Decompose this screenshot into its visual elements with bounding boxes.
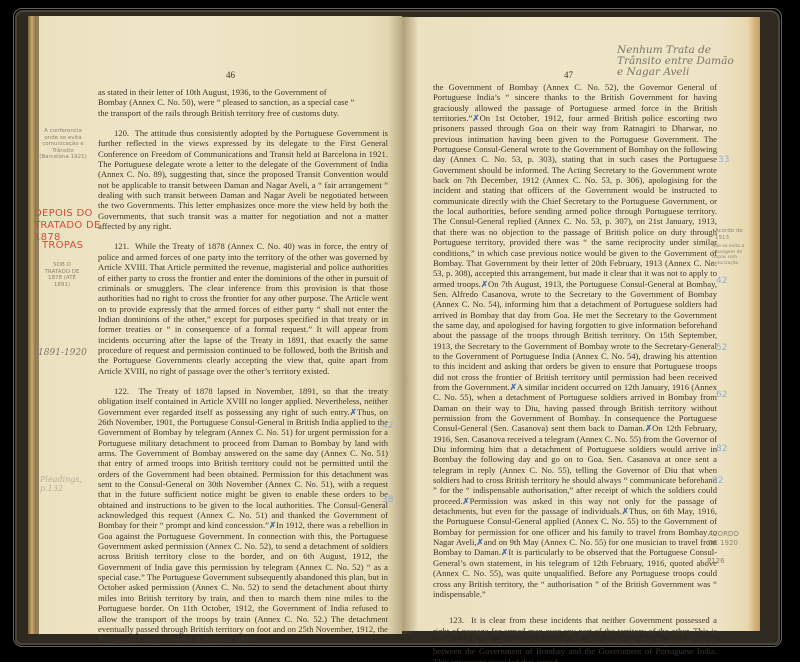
paragraph-number: 122. xyxy=(114,386,129,396)
paragraph-text: In 1912, there was a rebellion in Goa ag… xyxy=(98,520,388,644)
paragraph-text: While the Treaty of 1878 (Annex C. No. 4… xyxy=(98,241,388,375)
paragraph-120: 120. The attitude thus consistently adop… xyxy=(98,128,388,231)
paragraph-text: The attitude thus consistently adopted b… xyxy=(98,128,388,231)
book-gutter xyxy=(388,16,418,634)
margin-note-blue-62: 62 xyxy=(716,392,727,399)
pen-x-mark-icon: ✗ xyxy=(472,113,479,123)
right-page-body: the Government of Bombay (Annex C. No. 5… xyxy=(433,82,717,662)
paragraph-number: 121. xyxy=(114,241,129,251)
pen-x-mark-icon: ✗ xyxy=(510,382,517,392)
pen-x-mark-icon: ✗ xyxy=(462,496,469,506)
pen-x-mark-icon: ✗ xyxy=(350,407,357,417)
continued-line: as stated in their letter of 10th August… xyxy=(98,87,388,97)
paragraph-121: 121. While the Treaty of 1878 (Annex C. … xyxy=(98,241,388,375)
margin-note-tropas: TROPAS xyxy=(42,240,102,252)
left-page-edge-line xyxy=(36,16,39,634)
pen-x-mark-icon: ✗ xyxy=(477,537,484,547)
paragraph-122-continued: the Government of Bombay (Annex C. No. 5… xyxy=(433,82,717,599)
continued-line: Bombay (Annex C. No. 50), were “ pleased… xyxy=(98,97,388,107)
margin-note-blue-38: 38 xyxy=(382,497,393,504)
paragraph-number: 120. xyxy=(114,128,129,138)
margin-note-blue-92: 92 xyxy=(712,478,723,485)
paragraph-text: It is clear from these incidents that ne… xyxy=(433,615,717,662)
paragraph-number: 123. xyxy=(449,615,464,625)
margin-note-p126: P126 xyxy=(707,558,725,565)
margin-note-sob-tratado: SOB O TRATADO DE 1878 (ATÉ 1891) xyxy=(40,262,84,288)
paragraph-text: On 1st October, 1912, four armed British… xyxy=(433,113,717,289)
left-page-edges xyxy=(28,16,36,634)
pen-x-mark-icon: ✗ xyxy=(481,279,488,289)
margin-note-barcelona: A conferencia onde se evita comunicação … xyxy=(38,128,88,161)
paragraph-text: Thus, on 26th November, 1901, the Portug… xyxy=(98,407,388,531)
paragraph-text: On 7th August, 1913, the Portuguese Cons… xyxy=(433,279,717,392)
margin-note-acordo-1913-detail: Não se evita a passagem de tropas sem au… xyxy=(712,244,750,266)
left-page-body: as stated in their letter of 10th August… xyxy=(98,87,388,645)
margin-note-blue-33: 33 xyxy=(718,157,729,164)
continued-line: the transport of the rails through Briti… xyxy=(98,108,388,118)
header-note-right: Nenhum Trata de Trânsito entre Damão e N… xyxy=(617,45,737,78)
right-page-edges xyxy=(748,17,760,631)
page-number-left: 46 xyxy=(226,70,235,80)
pen-x-mark-icon: ✗ xyxy=(622,506,629,516)
page-number-right: 47 xyxy=(564,70,573,80)
paragraph-122: 122. The Treaty of 1878 lapsed in Novemb… xyxy=(98,386,388,645)
margin-note-blue-42-right: 42 xyxy=(716,278,727,285)
margin-note-blue-82: 82 xyxy=(716,446,727,453)
paragraph-text: On 12th February, 1916, Sen. Casanova re… xyxy=(433,423,717,505)
margin-note-pleadings: Pleadings, p.132 xyxy=(40,475,90,493)
margin-note-blue-42: 42 xyxy=(382,423,393,430)
paragraph-123: 123. It is clear from these incidents th… xyxy=(433,615,717,662)
margin-note-blue-52: 52 xyxy=(716,345,727,352)
margin-note-acordo-1913: Acordo de 1913 xyxy=(715,228,747,241)
margin-note-years: 1891-1920 xyxy=(38,347,98,360)
paragraph-text: The Treaty of 1878 lapsed in November, 1… xyxy=(98,386,388,417)
margin-note-depois-tratado: DEPOIS DO TRATADO DE 1878 xyxy=(34,208,114,244)
margin-note-acordo-1920: ACORDO DE 1920 xyxy=(708,530,744,548)
